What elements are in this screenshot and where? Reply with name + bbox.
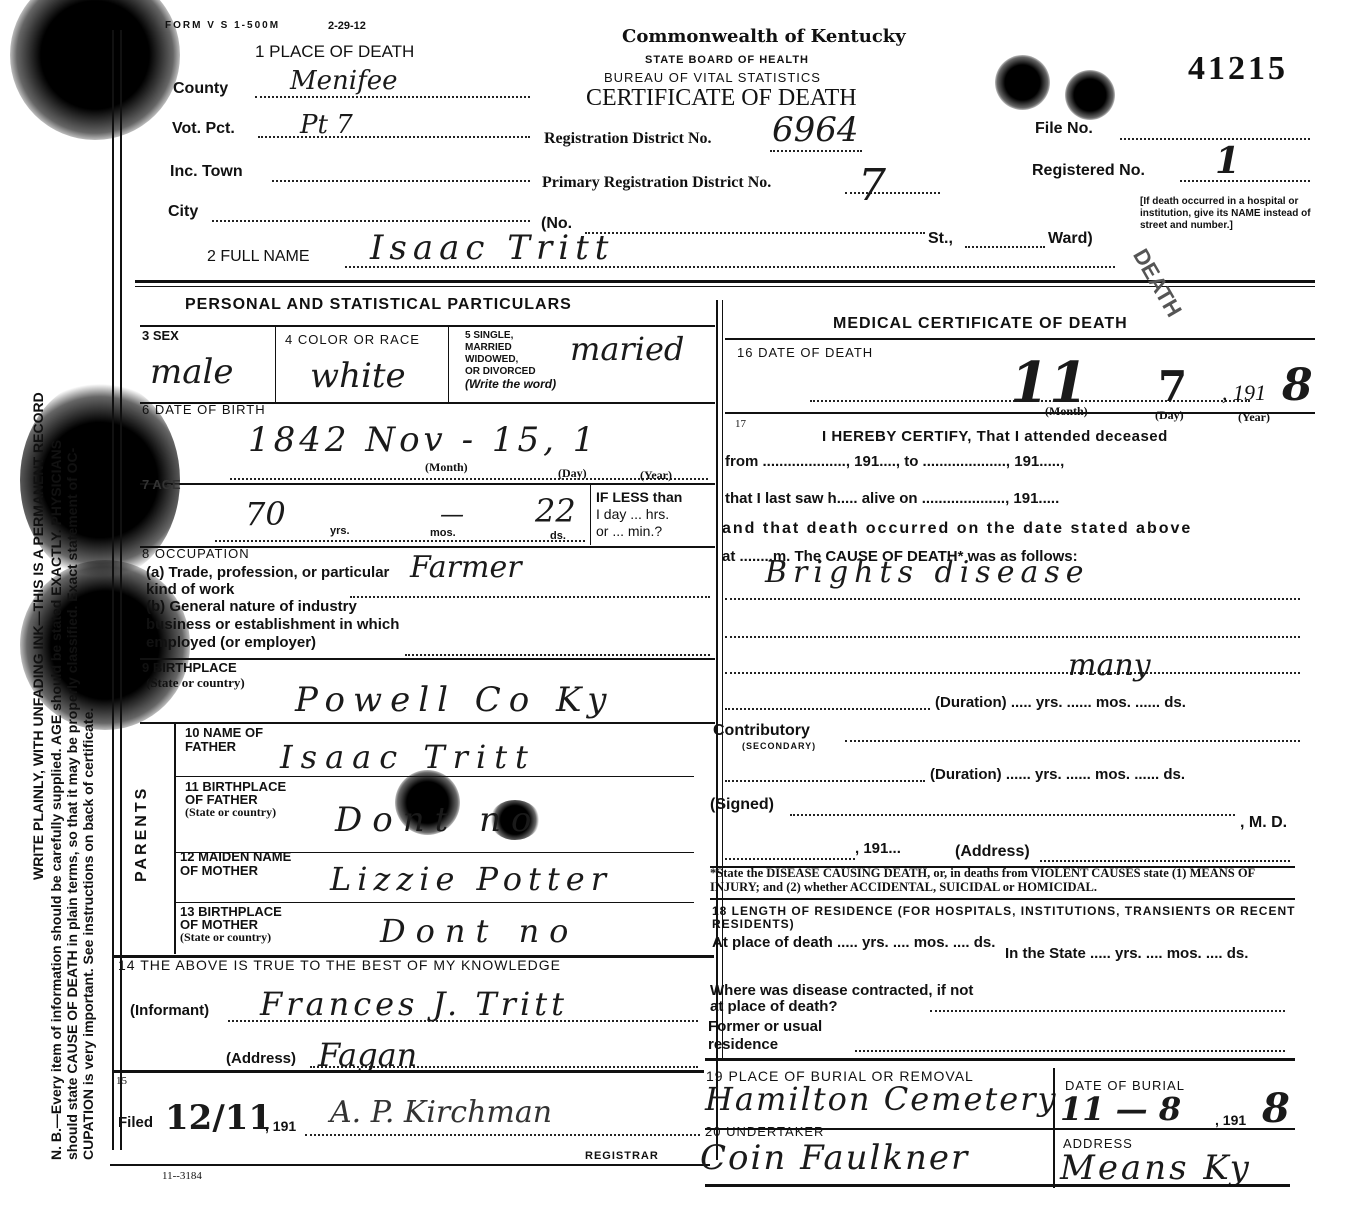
father-birthplace-label: 11 BIRTHPLACE OF FATHER (State or countr… — [185, 780, 286, 819]
inc-town-label: Inc. Town — [170, 163, 243, 181]
vot-pct-label: Vot. Pct. — [172, 120, 235, 138]
dob-value: 1842 Nov - 15, 1 — [248, 420, 598, 460]
marital-label: 5 SINGLE, MARRIED WIDOWED, OR DIVORCED (… — [465, 330, 556, 390]
physician-address-label: (Address) — [955, 843, 1030, 861]
informant-value: Frances J. Tritt — [260, 985, 568, 1023]
ward-label: Ward) — [1048, 230, 1093, 248]
contributory-label: Contributory — [713, 722, 810, 740]
full-name-value: Isaac Tritt — [370, 228, 614, 268]
burial-date-value: 11 — 8 — [1060, 1090, 1181, 1128]
dob-month-label: (Month) — [425, 460, 468, 475]
dob-day-label: (Day) — [558, 466, 587, 481]
race-label: 4 COLOR OR RACE — [285, 332, 420, 347]
primary-reg-value: 7 — [858, 160, 886, 211]
md-label: , M. D. — [1240, 814, 1287, 832]
form-date: 2-29-12 — [328, 20, 366, 32]
cause-value: Brights disease — [765, 555, 1089, 590]
age-yrs-value: 70 — [245, 495, 286, 533]
mother-birthplace-label: 13 BIRTHPLACE OF MOTHER (State or countr… — [180, 905, 282, 944]
sex-label: 3 SEX — [142, 328, 179, 343]
mother-name-value: Lizzie Potter — [330, 860, 612, 898]
age-label: 7 AGE — [142, 477, 181, 492]
father-birthplace-value: Dont no — [335, 800, 541, 840]
primary-reg-label: Primary Registration District No. — [542, 174, 771, 192]
certificate-title: CERTIFICATE OF DEATH — [586, 85, 857, 112]
if-less-label: IF LESS than I day ... hrs. or ... min.? — [596, 489, 682, 540]
place-of-death-heading: 1 PLACE OF DEATH — [255, 42, 414, 62]
informant-statement: 14 THE ABOVE IS TRUE TO THE BEST OF MY K… — [118, 957, 561, 973]
duration-line: (Duration) ..... yrs. ...... mos. ......… — [935, 694, 1186, 711]
county-label: County — [173, 80, 228, 98]
dob-label: 6 DATE OF BIRTH — [142, 402, 266, 417]
full-name-label: 2 FULL NAME — [207, 248, 310, 266]
dod-day-label: (Day) — [1155, 408, 1184, 423]
race-value: white — [310, 356, 406, 396]
informant-address-label: (Address) — [226, 1050, 296, 1067]
in-state-label: In the State ..... yrs. .... mos. .... d… — [1005, 945, 1295, 962]
informant-address-value: Fagan — [318, 1036, 417, 1074]
at-place-label: At place of death ..... yrs. .... mos. .… — [712, 934, 997, 951]
burial-year-prefix: , 191 — [1215, 1112, 1246, 1128]
form-code: FORM V S 1-500M — [165, 20, 280, 31]
former-residence-label: Former or usual residence — [708, 1018, 858, 1054]
occupation-a: (a) Trade, profession, or particular kin… — [146, 564, 396, 598]
last-saw-line: that I last saw h..... alive on ........… — [725, 490, 1059, 507]
occupation-b: (b) General nature of industry business … — [146, 598, 421, 652]
filed-year: , 191 — [265, 1118, 296, 1134]
burial-year-suffix: 8 — [1262, 1085, 1290, 1132]
state-board: STATE BOARD OF HEALTH — [645, 54, 809, 66]
registrar-signature: A. P. Kirchman — [330, 1095, 552, 1130]
file-no-label: File No. — [1035, 120, 1093, 138]
father-name-value: Isaac Tritt — [280, 738, 536, 776]
yrs-label: yrs. — [330, 525, 350, 537]
registrar-label: REGISTRAR — [585, 1150, 659, 1162]
reg-district-label: Registration District No. — [544, 130, 712, 148]
mos-label: mos. — [430, 527, 456, 539]
dod-day: 7 — [1158, 362, 1187, 411]
parents-side-label: PARENTS — [133, 786, 151, 882]
age-ds-value: 22 — [535, 492, 576, 530]
age-mos-value: — — [440, 500, 464, 528]
margin-note-line1: N. B.—Every item of information should b… — [48, 440, 64, 1160]
secondary-label: (SECONDARY) — [742, 741, 816, 751]
st-label: St., — [928, 230, 953, 248]
dod-year-suffix: 8 — [1282, 360, 1313, 411]
dod-label: 16 DATE OF DEATH — [737, 345, 873, 360]
occurred-line: and that death occurred on the date stat… — [722, 520, 1192, 538]
duration-line-2: (Duration) ...... yrs. ...... mos. .....… — [930, 766, 1185, 783]
item-17: 17 — [735, 418, 746, 430]
item-15: 15 — [116, 1075, 127, 1087]
registered-no-value: 1 — [1215, 140, 1240, 182]
mother-birthplace-value: Dont no — [380, 912, 578, 950]
undertaker-value: Coin Faulkner — [700, 1138, 969, 1178]
certify-line: I HEREBY CERTIFY, That I attended deceas… — [822, 428, 1168, 445]
filed-value: 12/11 — [165, 1098, 272, 1138]
personal-section-title: PERSONAL AND STATISTICAL PARTICULARS — [185, 296, 572, 314]
residence-label: 18 LENGTH OF RESIDENCE (FOR HOSPITALS, I… — [712, 905, 1312, 931]
commonwealth-heading: Commonwealth of Kentucky — [622, 26, 906, 47]
vot-pct-value: Pt 7 — [300, 110, 353, 140]
reg-district-value: 6964 — [772, 110, 859, 150]
hospital-note: [If death occurred in a hospital or inst… — [1140, 196, 1312, 232]
mother-name-label: 12 MAIDEN NAME OF MOTHER — [180, 850, 291, 878]
signed-date: , 191... — [855, 840, 901, 857]
occupation-label: 8 OCCUPATION — [142, 546, 250, 561]
ink-blot — [995, 55, 1050, 110]
ink-blot — [10, 0, 180, 140]
birthplace-label: 9 BIRTHPLACE — [142, 660, 237, 675]
stamp-number: 41215 — [1188, 50, 1288, 88]
birthplace-sub: (State or country) — [146, 675, 245, 691]
ink-blot — [1065, 70, 1115, 120]
cause-note: *State the DISEASE CAUSING DEATH, or, in… — [710, 866, 1292, 894]
birthplace-value: Powell Co Ky — [295, 680, 614, 720]
occupation-value: Farmer — [410, 550, 522, 585]
duration-value: many — [1068, 648, 1151, 683]
medical-section-title: MEDICAL CERTIFICATE OF DEATH — [833, 315, 1128, 333]
informant-label: (Informant) — [130, 1002, 209, 1019]
filed-label: Filed — [118, 1114, 153, 1131]
footer-code: 11--3184 — [162, 1170, 202, 1182]
city-label: City — [168, 203, 198, 221]
margin-note-line3: CUPATION is very important. See instruct… — [80, 708, 96, 1160]
undertaker-address-value: Means Ky — [1060, 1148, 1252, 1188]
undertaker-label: 20 UNDERTAKER — [705, 1124, 824, 1139]
registered-no-label: Registered No. — [1032, 162, 1145, 180]
burial-place-value: Hamilton Cemetery — [705, 1080, 1058, 1118]
sex-value: male — [150, 352, 234, 392]
margin-note-line2: should state CAUSE OF DEATH in plain ter… — [64, 448, 80, 1160]
dod-year-prefix: , 191 — [1222, 380, 1266, 406]
from-line: from ...................., 191...., to .… — [725, 453, 1064, 470]
signed-label: (Signed) — [710, 796, 774, 814]
bureau: BUREAU OF VITAL STATISTICS — [604, 70, 821, 85]
dob-year-label: (Year) — [640, 468, 672, 483]
county-value: Menifee — [290, 66, 397, 96]
margin-note-line0: WRITE PLAINLY, WITH UNFADING INK—THIS IS… — [30, 392, 46, 880]
father-name-label: 10 NAME OF FATHER — [185, 726, 263, 754]
death-stamp: DEATH — [1127, 244, 1187, 321]
marital-value: maried — [570, 330, 684, 368]
